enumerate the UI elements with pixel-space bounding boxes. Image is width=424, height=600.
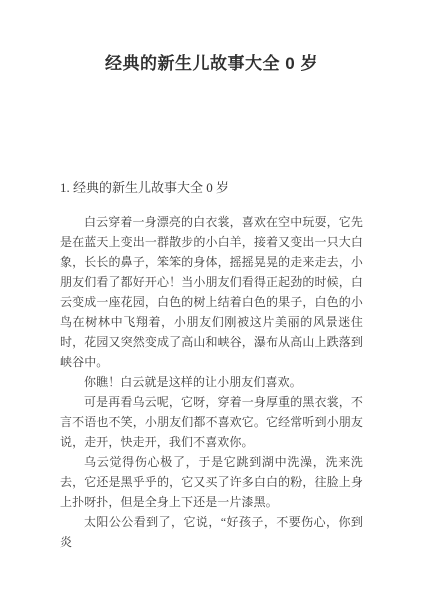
paragraph: 白云穿着一身漂亮的白衣裳，喜欢在空中玩耍，它先是在蓝天上变出一群散步的小白羊，接… xyxy=(60,212,363,372)
document-page: 经典的新生儿故事大全 0 岁 1. 经典的新生儿故事大全 0 岁 白云穿着一身漂… xyxy=(0,0,424,600)
document-title: 经典的新生儿故事大全 0 岁 xyxy=(60,0,363,76)
section-heading: 1. 经典的新生儿故事大全 0 岁 xyxy=(60,178,363,198)
document-body: 白云穿着一身漂亮的白衣裳，喜欢在空中玩耍，它先是在蓝天上变出一群散步的小白羊，接… xyxy=(60,212,363,552)
paragraph: 乌云觉得伤心极了，于是它跳到湖中洗澡，洗来洗去，它还是黑乎乎的，它又买了许多白白… xyxy=(60,452,363,512)
paragraph: 可是再看乌云呢，它呀，穿着一身厚重的黑衣裳，不言不语也不笑，小朋友们都不喜欢它。… xyxy=(60,392,363,452)
paragraph: 太阳公公看到了，它说，“好孩子，不要伤心，你到炎 xyxy=(60,512,363,552)
paragraph: 你瞧！白云就是这样的让小朋友们喜欢。 xyxy=(60,372,363,392)
